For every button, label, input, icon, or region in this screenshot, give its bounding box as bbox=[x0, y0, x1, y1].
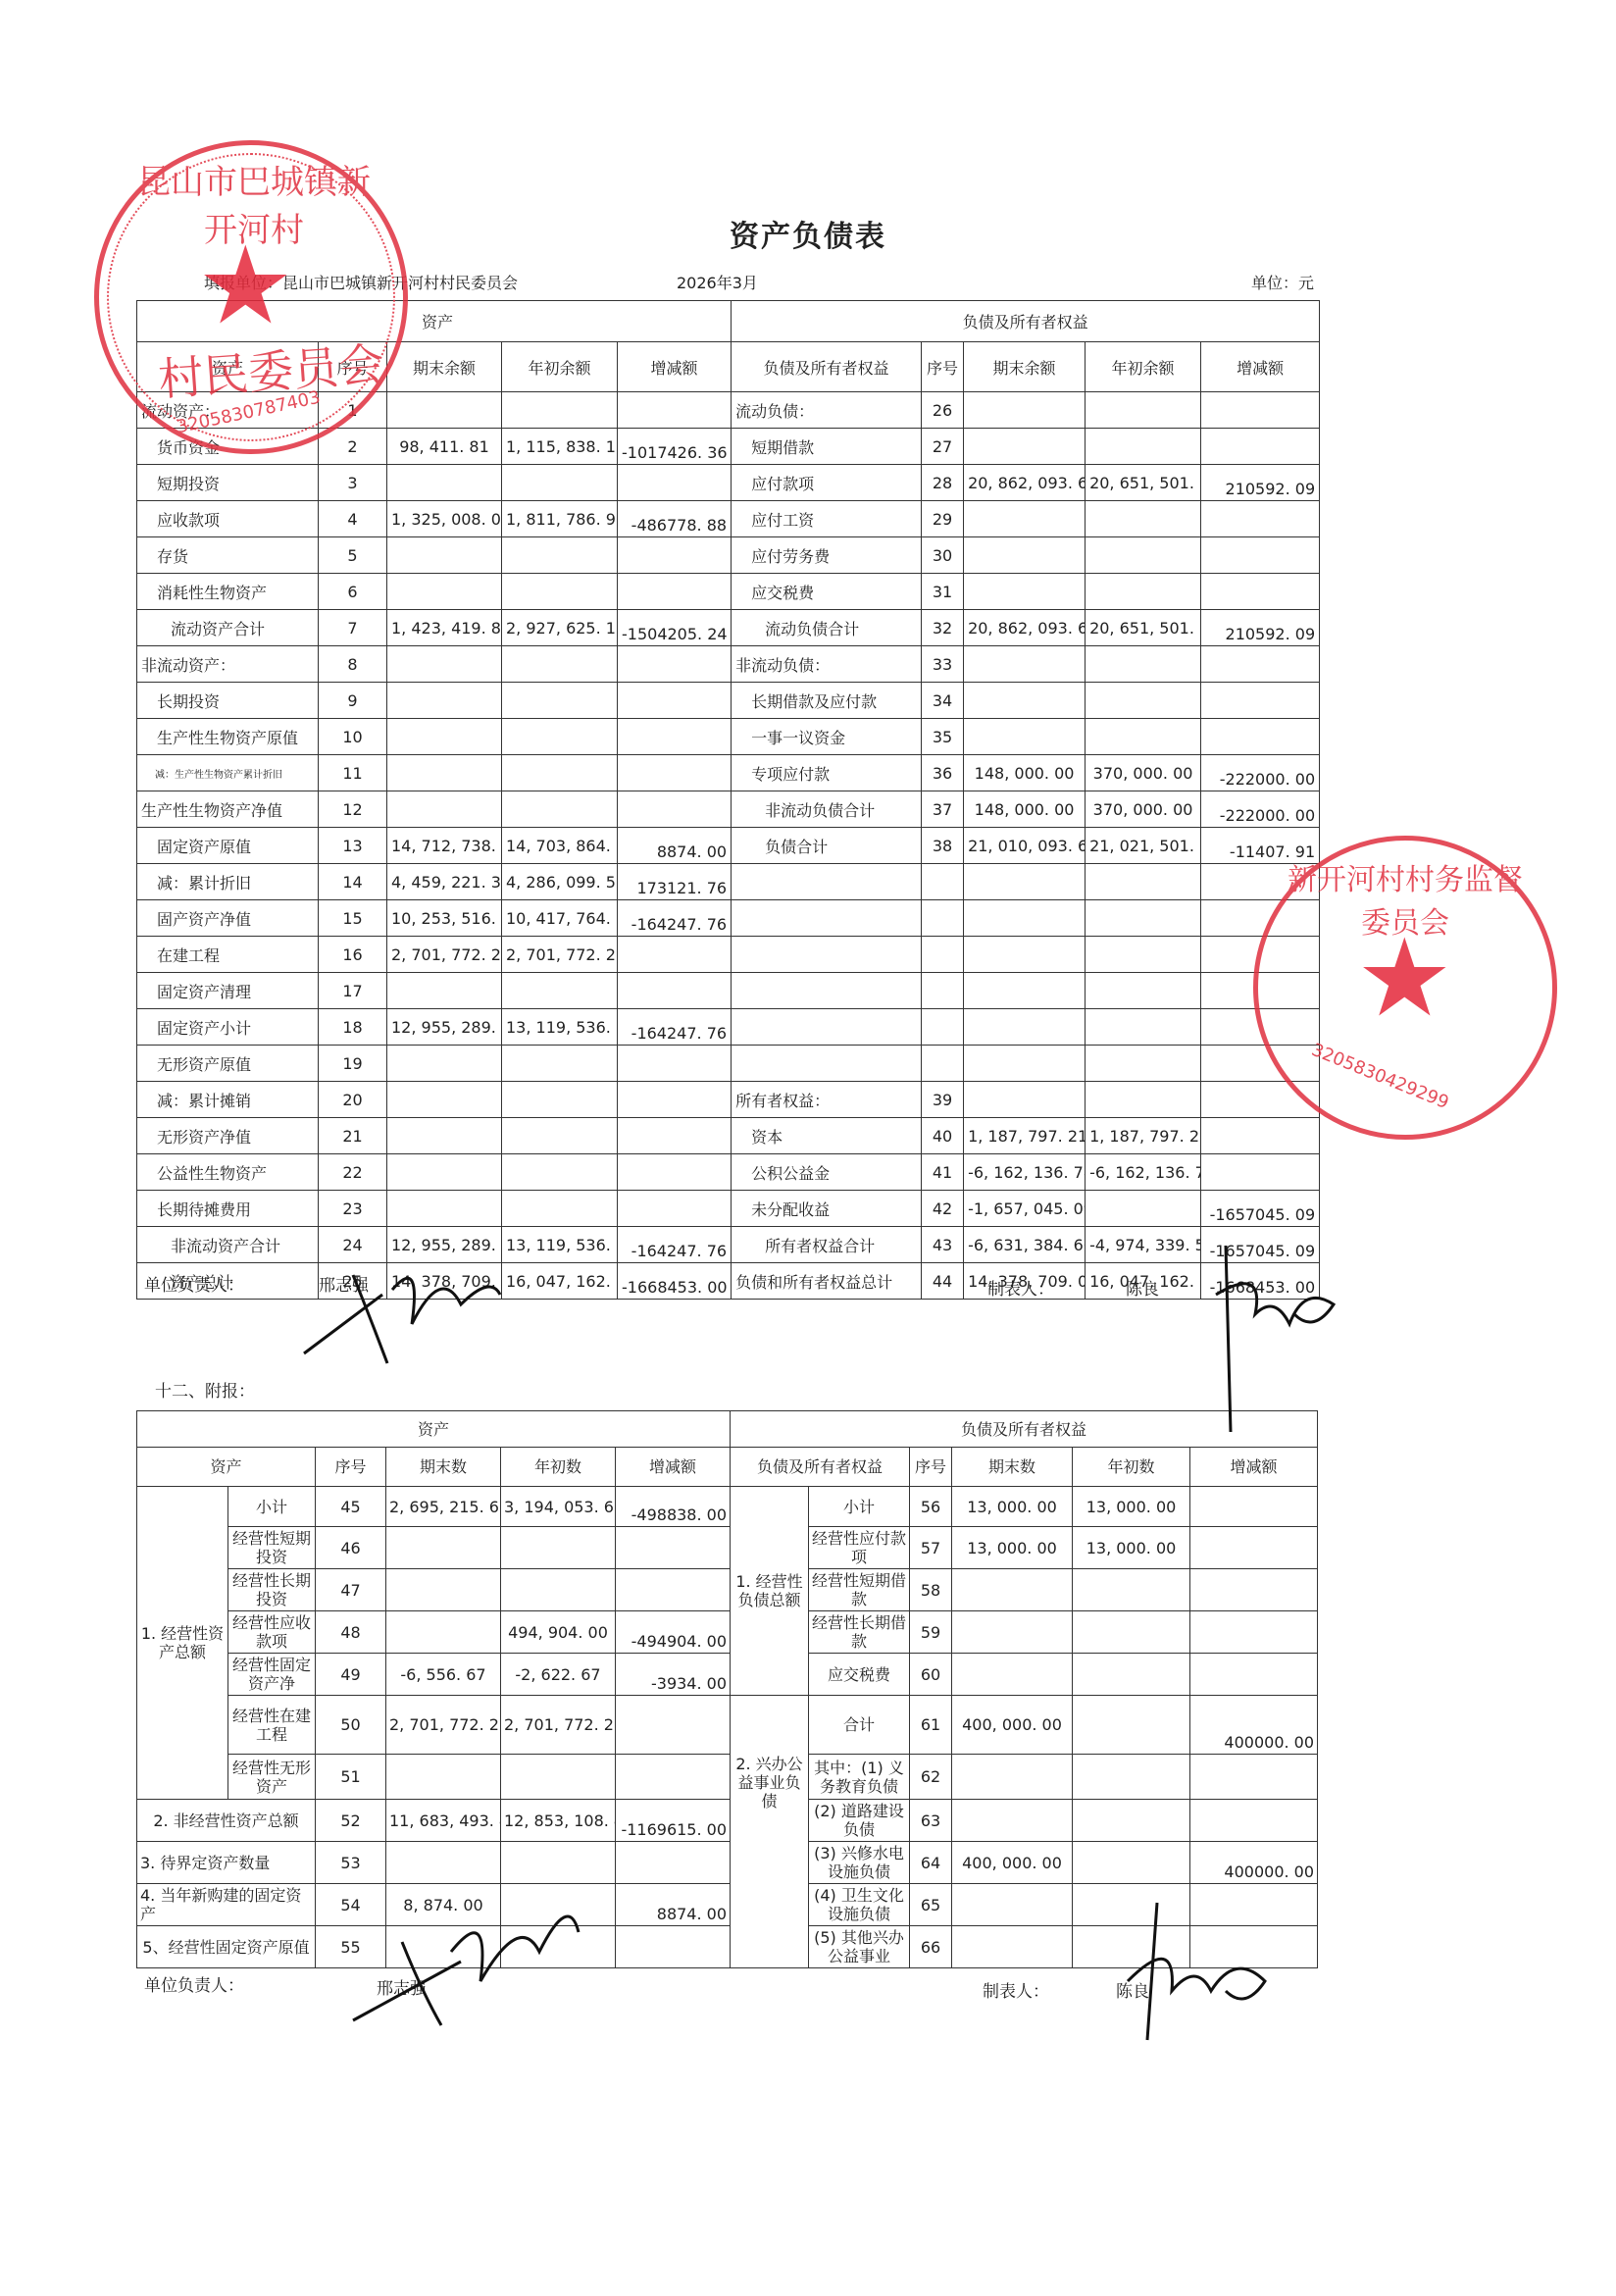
asset-begin-balance bbox=[502, 465, 618, 501]
asset-no: 9 bbox=[319, 683, 387, 719]
appendix-liability-column-header: 年初数 bbox=[1073, 1448, 1190, 1487]
liability-column-header: 序号 bbox=[922, 342, 964, 392]
appendix-liability-column-header: 增减额 bbox=[1190, 1448, 1318, 1487]
liability-no: 61 bbox=[910, 1696, 952, 1755]
liability-end-balance bbox=[964, 900, 1086, 937]
liability-end-balance bbox=[964, 1009, 1086, 1046]
liability-end-balance: -6, 162, 136. 78 bbox=[964, 1154, 1086, 1191]
asset-end-balance bbox=[387, 574, 502, 610]
asset-begin-balance bbox=[502, 392, 618, 429]
asset-change bbox=[616, 1842, 731, 1884]
asset-no: 21 bbox=[319, 1118, 387, 1154]
asset-begin-balance bbox=[502, 683, 618, 719]
liability-no: 56 bbox=[910, 1487, 952, 1527]
liability-begin-balance: 370, 000. 00 bbox=[1086, 791, 1201, 828]
appendix-assets-header: 资产 bbox=[137, 1411, 731, 1448]
asset-name: 5、经营性固定资产原值 bbox=[137, 1926, 316, 1968]
asset-column-header: 增减额 bbox=[618, 342, 732, 392]
liability-change bbox=[1201, 683, 1320, 719]
asset-change bbox=[618, 1082, 732, 1118]
asset-no: 16 bbox=[319, 937, 387, 973]
asset-name: 固定资产小计 bbox=[137, 1009, 319, 1046]
asset-begin bbox=[501, 1569, 616, 1611]
liability-end-balance bbox=[964, 719, 1086, 755]
asset-name: 经营性固定资产净 bbox=[228, 1654, 316, 1696]
table-row: 1. 经营性资产总额小计452, 695, 215. 603, 194, 053… bbox=[137, 1487, 1318, 1527]
asset-begin-balance: 10, 417, 764. 63 bbox=[502, 900, 618, 937]
table-row: 非流动资产：8非流动负债：33 bbox=[137, 646, 1320, 683]
asset-change bbox=[618, 537, 732, 574]
liability-change: -222000. 00 bbox=[1201, 791, 1320, 828]
asset-end bbox=[386, 1755, 501, 1800]
liability-no: 66 bbox=[910, 1926, 952, 1968]
asset-group-label: 1. 经营性资产总额 bbox=[137, 1487, 228, 1800]
liability-end bbox=[952, 1611, 1073, 1654]
asset-no: 10 bbox=[319, 719, 387, 755]
liability-end-balance: 20, 862, 093. 69 bbox=[964, 610, 1086, 646]
liability-name: 负债和所有者权益总计 bbox=[732, 1263, 922, 1300]
table-row: 长期待摊费用23未分配收益42-1, 657, 045. 09-1657045.… bbox=[137, 1191, 1320, 1227]
asset-change: -1504205. 24 bbox=[618, 610, 732, 646]
asset-begin: 494, 904. 00 bbox=[501, 1611, 616, 1654]
liability-name bbox=[732, 864, 922, 900]
liability-name: 非流动负债： bbox=[732, 646, 922, 683]
asset-no: 46 bbox=[316, 1527, 386, 1569]
asset-name: 非流动资产合计 bbox=[137, 1227, 319, 1263]
liability-begin-balance: -6, 162, 136. 78 bbox=[1086, 1154, 1201, 1191]
liability-end: 13, 000. 00 bbox=[952, 1527, 1073, 1569]
asset-change: -1668453. 00 bbox=[618, 1263, 732, 1300]
appendix-preparer-label: 制表人： bbox=[983, 1977, 1049, 2002]
asset-change bbox=[618, 1046, 732, 1082]
table-row: 消耗性生物资产6应交税费31 bbox=[137, 574, 1320, 610]
asset-name: 2. 非经营性资产总额 bbox=[137, 1800, 316, 1842]
liability-begin bbox=[1073, 1611, 1190, 1654]
asset-name: 存货 bbox=[137, 537, 319, 574]
asset-end: 11, 683, 493. 43 bbox=[386, 1800, 501, 1842]
asset-end: 2, 701, 772. 27 bbox=[386, 1696, 501, 1755]
asset-change bbox=[618, 1191, 732, 1227]
asset-change: -3934. 00 bbox=[616, 1654, 731, 1696]
asset-change bbox=[616, 1569, 731, 1611]
asset-no: 4 bbox=[319, 501, 387, 537]
liability-no bbox=[922, 864, 964, 900]
asset-end-balance: 12, 955, 289. 14 bbox=[387, 1009, 502, 1046]
liability-no bbox=[922, 1009, 964, 1046]
liability-no: 44 bbox=[922, 1263, 964, 1300]
table-row: 应收款项41, 325, 008. 081, 811, 786. 96-4867… bbox=[137, 501, 1320, 537]
preparer-name: 陈良 bbox=[1126, 1275, 1159, 1300]
liability-begin-balance bbox=[1086, 1009, 1201, 1046]
liability-begin-balance: 20, 651, 501. 60 bbox=[1086, 465, 1201, 501]
asset-end-balance: 14, 712, 738. 22 bbox=[387, 828, 502, 864]
liability-no: 43 bbox=[922, 1227, 964, 1263]
table-row: 经营性长期投资47经营性短期借款58 bbox=[137, 1569, 1318, 1611]
liability-end-balance bbox=[964, 1082, 1086, 1118]
asset-end-balance bbox=[387, 719, 502, 755]
liability-change bbox=[1201, 719, 1320, 755]
signature-head bbox=[294, 1236, 530, 1373]
asset-end: 2, 695, 215. 60 bbox=[386, 1487, 501, 1527]
asset-end-balance bbox=[387, 791, 502, 828]
asset-end-balance bbox=[387, 683, 502, 719]
asset-no: 22 bbox=[319, 1154, 387, 1191]
asset-name: 经营性短期投资 bbox=[228, 1527, 316, 1569]
liability-no bbox=[922, 1046, 964, 1082]
liability-end-balance: 148, 000. 00 bbox=[964, 755, 1086, 791]
liability-name: 负债合计 bbox=[732, 828, 922, 864]
table-row: 无形资产原值19 bbox=[137, 1046, 1320, 1082]
liability-change bbox=[1201, 501, 1320, 537]
asset-change bbox=[618, 646, 732, 683]
liability-name bbox=[732, 973, 922, 1009]
liability-no: 41 bbox=[922, 1154, 964, 1191]
asset-column-header: 年初余额 bbox=[502, 342, 618, 392]
liability-no bbox=[922, 973, 964, 1009]
liability-name: 小计 bbox=[809, 1487, 910, 1527]
liability-end bbox=[952, 1755, 1073, 1800]
asset-change bbox=[616, 1696, 731, 1755]
liability-column-header: 年初余额 bbox=[1086, 342, 1201, 392]
liability-name: 应付款项 bbox=[732, 465, 922, 501]
asset-no: 52 bbox=[316, 1800, 386, 1842]
liability-no: 64 bbox=[910, 1842, 952, 1884]
liability-name: 非流动负债合计 bbox=[732, 791, 922, 828]
liability-no: 33 bbox=[922, 646, 964, 683]
liability-change bbox=[1190, 1654, 1318, 1696]
stamp-text: 新开河村村务监督委员会 bbox=[1278, 855, 1533, 942]
asset-name: 固定资产原值 bbox=[137, 828, 319, 864]
table-row: 固产资产净值1510, 253, 516. 8710, 417, 764. 63… bbox=[137, 900, 1320, 937]
asset-no: 11 bbox=[319, 755, 387, 791]
liability-change bbox=[1201, 429, 1320, 465]
liability-name: 经营性应付款项 bbox=[809, 1527, 910, 1569]
liabilities-group-header: 负债及所有者权益 bbox=[732, 301, 1320, 342]
asset-no: 15 bbox=[319, 900, 387, 937]
asset-end-balance bbox=[387, 973, 502, 1009]
liability-change: 400000. 00 bbox=[1190, 1696, 1318, 1755]
liability-begin-balance bbox=[1086, 1082, 1201, 1118]
table-row: 存货5应付劳务费30 bbox=[137, 537, 1320, 574]
liability-name bbox=[732, 1046, 922, 1082]
liability-column-header: 期末余额 bbox=[964, 342, 1086, 392]
liability-end-balance bbox=[964, 501, 1086, 537]
liability-change: 210592. 09 bbox=[1201, 465, 1320, 501]
asset-change bbox=[618, 465, 732, 501]
asset-begin-balance: 13, 119, 536. 90 bbox=[502, 1009, 618, 1046]
table-row: 固定资产小计1812, 955, 289. 1413, 119, 536. 90… bbox=[137, 1009, 1320, 1046]
asset-no: 6 bbox=[319, 574, 387, 610]
asset-change: -164247. 76 bbox=[618, 1009, 732, 1046]
asset-begin-balance bbox=[502, 1046, 618, 1082]
liability-begin bbox=[1073, 1842, 1190, 1884]
liability-name: (2) 道路建设负债 bbox=[809, 1800, 910, 1842]
liability-begin-balance bbox=[1086, 719, 1201, 755]
asset-no: 14 bbox=[319, 864, 387, 900]
liability-change: 210592. 09 bbox=[1201, 610, 1320, 646]
liability-begin-balance bbox=[1086, 1191, 1201, 1227]
liability-begin-balance bbox=[1086, 973, 1201, 1009]
asset-no: 53 bbox=[316, 1842, 386, 1884]
liability-end bbox=[952, 1884, 1073, 1926]
liability-group-label: 2. 兴办公益事业负债 bbox=[731, 1696, 809, 1968]
asset-no: 51 bbox=[316, 1755, 386, 1800]
asset-change bbox=[618, 791, 732, 828]
table-row: 经营性无形资产51其中：(1) 义务教育负债62 bbox=[137, 1755, 1318, 1800]
liability-name: 长期借款及应付款 bbox=[732, 683, 922, 719]
liability-no: 59 bbox=[910, 1611, 952, 1654]
signature-preparer-appendix bbox=[1118, 1893, 1285, 2040]
asset-no: 3 bbox=[319, 465, 387, 501]
liability-begin-balance bbox=[1086, 1046, 1201, 1082]
liability-begin: 13, 000. 00 bbox=[1073, 1527, 1190, 1569]
asset-name: 无形资产原值 bbox=[137, 1046, 319, 1082]
asset-name: 长期待摊费用 bbox=[137, 1191, 319, 1227]
liability-begin bbox=[1073, 1800, 1190, 1842]
asset-change bbox=[618, 574, 732, 610]
liability-name: 经营性长期借款 bbox=[809, 1611, 910, 1654]
liability-no: 36 bbox=[922, 755, 964, 791]
table-row: 减：累计折旧144, 459, 221. 354, 286, 099. 5917… bbox=[137, 864, 1320, 900]
liability-change bbox=[1190, 1611, 1318, 1654]
appendix-title: 十二、附报： bbox=[155, 1377, 255, 1402]
liability-no: 31 bbox=[922, 574, 964, 610]
asset-name: 长期投资 bbox=[137, 683, 319, 719]
asset-begin-balance bbox=[502, 755, 618, 791]
liability-no: 62 bbox=[910, 1755, 952, 1800]
asset-begin: 3, 194, 053. 60 bbox=[501, 1487, 616, 1527]
asset-change bbox=[618, 1118, 732, 1154]
asset-name: 小计 bbox=[228, 1487, 316, 1527]
asset-end bbox=[386, 1611, 501, 1654]
liability-no: 37 bbox=[922, 791, 964, 828]
liability-name: 应交税费 bbox=[732, 574, 922, 610]
asset-end-balance bbox=[387, 1082, 502, 1118]
asset-begin-balance bbox=[502, 1191, 618, 1227]
liability-no: 42 bbox=[922, 1191, 964, 1227]
asset-begin-balance bbox=[502, 1154, 618, 1191]
liability-no bbox=[922, 900, 964, 937]
appendix-head-label: 单位负责人： bbox=[144, 1971, 244, 1996]
stamp-code: 3205830429299 bbox=[1308, 1040, 1451, 1113]
appendix-asset-column-header: 增减额 bbox=[616, 1448, 731, 1487]
asset-change bbox=[618, 392, 732, 429]
liability-begin-balance bbox=[1086, 429, 1201, 465]
asset-name: 短期投资 bbox=[137, 465, 319, 501]
signature-head-appendix bbox=[343, 1893, 598, 2030]
liability-name: 专项应付款 bbox=[732, 755, 922, 791]
liability-change bbox=[1201, 392, 1320, 429]
currency-unit: 单位：元 bbox=[1251, 271, 1314, 293]
liability-begin bbox=[1073, 1654, 1190, 1696]
table-row: 经营性在建工程502, 701, 772. 272, 701, 772. 272… bbox=[137, 1696, 1318, 1755]
liability-end bbox=[952, 1569, 1073, 1611]
asset-name: 固定资产清理 bbox=[137, 973, 319, 1009]
liability-end-balance: 20, 862, 093. 69 bbox=[964, 465, 1086, 501]
asset-begin: 2, 701, 772. 27 bbox=[501, 1696, 616, 1755]
liability-begin: 13, 000. 00 bbox=[1073, 1487, 1190, 1527]
table-row: 经营性短期投资46经营性应付款项5713, 000. 0013, 000. 00 bbox=[137, 1527, 1318, 1569]
asset-no: 49 bbox=[316, 1654, 386, 1696]
table-row: 长期投资9长期借款及应付款34 bbox=[137, 683, 1320, 719]
asset-begin-balance: 4, 286, 099. 59 bbox=[502, 864, 618, 900]
liability-change bbox=[1201, 1154, 1320, 1191]
signature-preparer bbox=[1206, 1236, 1353, 1452]
liability-name: 短期借款 bbox=[732, 429, 922, 465]
asset-end-balance: 98, 411. 81 bbox=[387, 429, 502, 465]
asset-change bbox=[616, 1755, 731, 1800]
liability-end-balance bbox=[964, 937, 1086, 973]
table-row: 生产性生物资产原值10一事一议资金35 bbox=[137, 719, 1320, 755]
asset-change bbox=[618, 937, 732, 973]
table-row: 减：生产性生物资产累计折旧11专项应付款36148, 000. 00370, 0… bbox=[137, 755, 1320, 791]
asset-no: 5 bbox=[319, 537, 387, 574]
asset-no: 7 bbox=[319, 610, 387, 646]
asset-name: 经营性在建工程 bbox=[228, 1696, 316, 1755]
table-row: 2. 非经营性资产总额5211, 683, 493. 4312, 853, 10… bbox=[137, 1800, 1318, 1842]
table-row: 无形资产净值21资本401, 187, 797. 211, 187, 797. … bbox=[137, 1118, 1320, 1154]
asset-name: 固产资产净值 bbox=[137, 900, 319, 937]
asset-no: 45 bbox=[316, 1487, 386, 1527]
liability-change bbox=[1190, 1487, 1318, 1527]
liability-name bbox=[732, 937, 922, 973]
asset-end-balance: 1, 423, 419. 89 bbox=[387, 610, 502, 646]
asset-end-balance bbox=[387, 1191, 502, 1227]
liability-change bbox=[1201, 574, 1320, 610]
liability-change bbox=[1201, 1118, 1320, 1154]
table-row: 固定资产清理17 bbox=[137, 973, 1320, 1009]
asset-begin-balance: 14, 703, 864. 22 bbox=[502, 828, 618, 864]
liability-change bbox=[1201, 537, 1320, 574]
table-row: 3. 待界定资产数量53(3) 兴修水电设施负债64400, 000. 0040… bbox=[137, 1842, 1318, 1884]
appendix-asset-column-header: 资产 bbox=[137, 1448, 316, 1487]
liability-change bbox=[1190, 1755, 1318, 1800]
asset-end-balance bbox=[387, 1118, 502, 1154]
liability-name: 公积公益金 bbox=[732, 1154, 922, 1191]
asset-change: 8874. 00 bbox=[616, 1884, 731, 1926]
asset-begin-balance: 2, 927, 625. 13 bbox=[502, 610, 618, 646]
liability-change bbox=[1201, 646, 1320, 683]
liability-begin bbox=[1073, 1569, 1190, 1611]
liability-change bbox=[1190, 1800, 1318, 1842]
asset-name: 生产性生物资产原值 bbox=[137, 719, 319, 755]
asset-begin bbox=[501, 1842, 616, 1884]
asset-begin-balance bbox=[502, 973, 618, 1009]
liability-end-balance bbox=[964, 392, 1086, 429]
liability-name: 应付劳务费 bbox=[732, 537, 922, 574]
liability-name bbox=[732, 1009, 922, 1046]
liability-no: 27 bbox=[922, 429, 964, 465]
liability-name: 应付工资 bbox=[732, 501, 922, 537]
liability-no: 32 bbox=[922, 610, 964, 646]
liability-name: (4) 卫生文化设施负债 bbox=[809, 1884, 910, 1926]
liability-end-balance bbox=[964, 973, 1086, 1009]
liability-name: 一事一议资金 bbox=[732, 719, 922, 755]
liability-name: 未分配收益 bbox=[732, 1191, 922, 1227]
asset-begin-balance: 1, 115, 838. 17 bbox=[502, 429, 618, 465]
table-row: 经营性应收款项48494, 904. 00-494904. 00经营性长期借款5… bbox=[137, 1611, 1318, 1654]
liability-end-balance bbox=[964, 864, 1086, 900]
asset-change: -498838. 00 bbox=[616, 1487, 731, 1527]
stamp-text-top: 昆山市巴城镇新开河村 bbox=[126, 155, 381, 251]
asset-end-balance: 1, 325, 008. 08 bbox=[387, 501, 502, 537]
liability-no: 29 bbox=[922, 501, 964, 537]
asset-name: 非流动资产： bbox=[137, 646, 319, 683]
supervision-committee-stamp: ★ 新开河村村务监督委员会 3205830429299 bbox=[1253, 836, 1557, 1140]
liability-begin-balance bbox=[1086, 501, 1201, 537]
liability-no: 40 bbox=[922, 1118, 964, 1154]
liability-name: 所有者权益： bbox=[732, 1082, 922, 1118]
liability-begin-balance bbox=[1086, 646, 1201, 683]
liability-end: 400, 000. 00 bbox=[952, 1842, 1073, 1884]
liability-name: 资本 bbox=[732, 1118, 922, 1154]
asset-change: -1169615. 00 bbox=[616, 1800, 731, 1842]
asset-name: 消耗性生物资产 bbox=[137, 574, 319, 610]
liability-begin-balance bbox=[1086, 900, 1201, 937]
liability-no: 34 bbox=[922, 683, 964, 719]
asset-no: 48 bbox=[316, 1611, 386, 1654]
liability-name: 经营性短期借款 bbox=[809, 1569, 910, 1611]
asset-begin-balance bbox=[502, 1118, 618, 1154]
liability-end-balance: -6, 631, 384. 66 bbox=[964, 1227, 1086, 1263]
liability-begin-balance bbox=[1086, 683, 1201, 719]
preparer-label: 制表人： bbox=[987, 1275, 1054, 1300]
asset-change bbox=[618, 1154, 732, 1191]
asset-name: 减：累计摊销 bbox=[137, 1082, 319, 1118]
liability-end bbox=[952, 1654, 1073, 1696]
asset-no: 8 bbox=[319, 646, 387, 683]
asset-begin: -2, 622. 67 bbox=[501, 1654, 616, 1696]
asset-end-balance bbox=[387, 1154, 502, 1191]
liability-end-balance: -1, 657, 045. 09 bbox=[964, 1191, 1086, 1227]
liability-end-balance bbox=[964, 429, 1086, 465]
asset-change bbox=[618, 719, 732, 755]
asset-name: 公益性生物资产 bbox=[137, 1154, 319, 1191]
liability-begin-balance bbox=[1086, 537, 1201, 574]
asset-name: 减：生产性生物资产累计折旧 bbox=[137, 755, 319, 791]
asset-end-balance: 2, 701, 772. 27 bbox=[387, 937, 502, 973]
liability-begin-balance: 21, 021, 501. 60 bbox=[1086, 828, 1201, 864]
liability-name: 应交税费 bbox=[809, 1654, 910, 1696]
liability-name: 流动负债合计 bbox=[732, 610, 922, 646]
asset-begin-balance: 2, 701, 772. 27 bbox=[502, 937, 618, 973]
asset-no: 13 bbox=[319, 828, 387, 864]
asset-change bbox=[618, 755, 732, 791]
liability-begin bbox=[1073, 1755, 1190, 1800]
liability-change: 400000. 00 bbox=[1190, 1842, 1318, 1884]
asset-begin: 12, 853, 108. 43 bbox=[501, 1800, 616, 1842]
asset-name: 应收款项 bbox=[137, 501, 319, 537]
liability-end-balance bbox=[964, 574, 1086, 610]
asset-begin-balance: 1, 811, 786. 96 bbox=[502, 501, 618, 537]
liability-end-balance: 148, 000. 00 bbox=[964, 791, 1086, 828]
liability-no: 26 bbox=[922, 392, 964, 429]
table-row: 在建工程162, 701, 772. 272, 701, 772. 27 bbox=[137, 937, 1320, 973]
asset-change: 8874. 00 bbox=[618, 828, 732, 864]
appendix-table: 资产 负债及所有者权益 资产序号期末数年初数增减额负债及所有者权益序号期末数年初… bbox=[136, 1410, 1318, 1968]
asset-end-balance bbox=[387, 392, 502, 429]
liability-change: -222000. 00 bbox=[1201, 755, 1320, 791]
asset-end-balance: 4, 459, 221. 35 bbox=[387, 864, 502, 900]
liability-end: 13, 000. 00 bbox=[952, 1487, 1073, 1527]
appendix-asset-column-header: 年初数 bbox=[501, 1448, 616, 1487]
asset-no: 17 bbox=[319, 973, 387, 1009]
liability-name: 所有者权益合计 bbox=[732, 1227, 922, 1263]
liability-no: 58 bbox=[910, 1569, 952, 1611]
liability-begin-balance bbox=[1086, 392, 1201, 429]
head-label: 单位负责人： bbox=[144, 1271, 244, 1296]
liability-name bbox=[732, 900, 922, 937]
